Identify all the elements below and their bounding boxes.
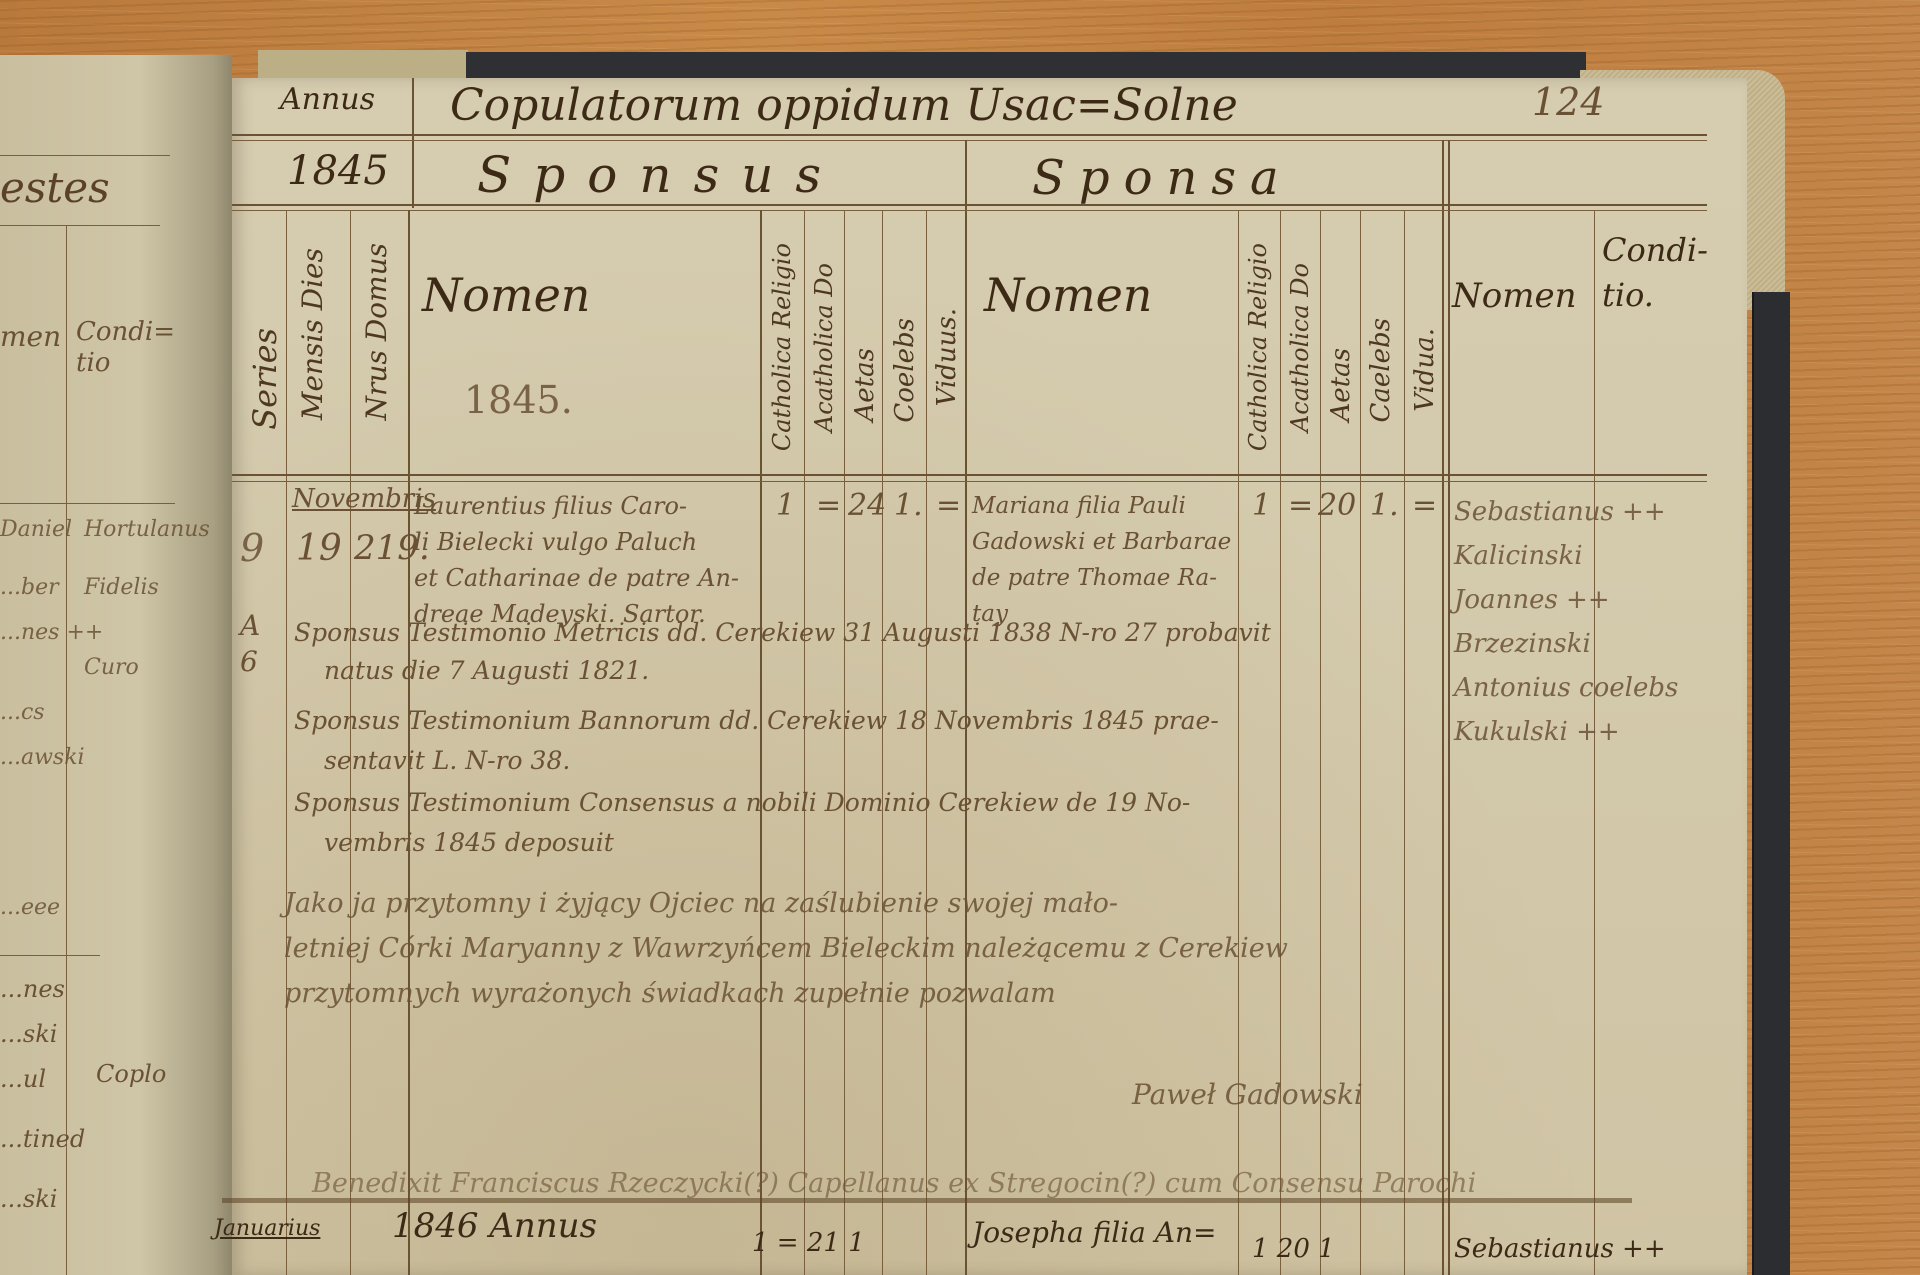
consent-line: Jako ja przytomny i żyjący Ojciec na zaś… — [284, 888, 1118, 919]
note-line: Sponsus Testimonium Consensus a nobili D… — [294, 788, 1190, 817]
sponsa-testes-divider-2 — [1448, 140, 1450, 1275]
testis-line: Antonius coelebs — [1454, 666, 1678, 710]
officiant-note: Benedixit Franciscus Rzeczycki(?) Capell… — [312, 1168, 1476, 1199]
sponsa-catholica: 1 — [1252, 488, 1271, 523]
entries-rule-2 — [232, 481, 1707, 482]
left-col-nomen: men — [0, 320, 61, 353]
signature: Paweł Gadowski — [1132, 1078, 1363, 1111]
left-fragment: Hortulanus — [84, 517, 210, 542]
col-testes-conditio: Condi-tio. — [1602, 228, 1702, 318]
register-title: Copulatorum oppidum Usac=Solne — [450, 80, 1238, 131]
sponsa-acatholica: = — [1288, 488, 1313, 523]
columns-rule-2 — [232, 210, 1707, 211]
register-page: Annus Copulatorum oppidum Usac=Solne 124… — [232, 78, 1747, 1275]
binding-cloth — [258, 50, 468, 80]
sponsa-name: Mariana filia Pauli Gadowski et Barbarae… — [972, 488, 1231, 632]
col-divider — [804, 210, 805, 1275]
left-fragment: ...ul — [0, 1065, 46, 1093]
col-sponsa-nomen: Nomen — [984, 268, 1152, 322]
sponsa-line: Gadowski et Barbarae — [972, 524, 1231, 560]
consent-line: letniej Córki Maryanny z Wawrzyńcem Biel… — [284, 933, 1288, 964]
testes-names: Sebastianus ++ Kalicinski Joannes ++ Brz… — [1454, 490, 1678, 754]
col-divider — [1404, 210, 1405, 1275]
next-testes: Sebastianus ++ — [1454, 1234, 1666, 1264]
sponsus-line: li Bielecki vulgo Paluch — [414, 524, 739, 560]
col-divider — [408, 210, 410, 1275]
left-fragment: Daniel — [0, 517, 72, 542]
entry-series-note: A 6 — [240, 608, 280, 681]
left-fragment: Fidelis — [84, 575, 159, 600]
col-divider — [1320, 210, 1321, 1275]
year: 1845 — [287, 148, 389, 194]
next-sponsus-numbers: 1 = 21 1 — [752, 1228, 865, 1258]
col-sponsus-nomen: Nomen — [422, 268, 590, 322]
left-fragment: Coplo — [96, 1060, 166, 1088]
left-fragment: ...ski — [0, 1185, 57, 1213]
col-divider — [926, 210, 927, 1275]
note-line: Sponsus Testimonium Bannorum dd. Cerekie… — [294, 706, 1219, 735]
col-testes-nomen: Nomen — [1452, 276, 1576, 316]
col-series: Series — [246, 328, 284, 430]
next-sponsa-name: Josepha filia An= — [972, 1216, 1216, 1249]
col-divider — [844, 210, 845, 1275]
sponsus-catholica: 1 — [776, 488, 795, 523]
col-sponsa-vidua: Vidua. — [1410, 328, 1440, 412]
left-fragment: Curo — [84, 655, 139, 680]
testis-line: Kukulski ++ — [1454, 710, 1678, 754]
col-divider — [1280, 210, 1281, 1275]
left-page-facing: estes men Condi= tio Daniel Hortulanus .… — [0, 55, 232, 1275]
sponsa-caelebs: 1. — [1370, 488, 1399, 523]
sponsus-aetas: 24 — [848, 488, 886, 523]
left-fragment: ...ber — [0, 575, 59, 600]
sponsa-vidua: = — [1412, 488, 1437, 523]
annus-label: Annus — [280, 82, 375, 117]
testis-line: Brzezinski — [1454, 622, 1678, 666]
note-line: sentavit L. N-ro 38. — [324, 746, 570, 775]
left-fragment: ...tined — [0, 1125, 85, 1153]
col-sponsa-aetas: Aetas — [1326, 348, 1356, 421]
testis-line: Joannes ++ — [1454, 578, 1678, 622]
left-fragment: ...cs — [0, 700, 45, 725]
left-rule — [0, 955, 100, 956]
left-fragment: ...nes — [0, 975, 65, 1003]
next-sponsa-numbers: 1 20 1 — [1252, 1234, 1335, 1264]
year-note: 1845. — [464, 378, 573, 422]
sponsa-line: Mariana filia Pauli — [972, 488, 1231, 524]
book-cover-right-edge — [1752, 292, 1790, 1275]
col-nrus-domus: Nrus Domus — [360, 243, 393, 420]
next-entry-month: Januarius — [214, 1216, 320, 1241]
left-fragment: ...ski — [0, 1020, 57, 1048]
col-divider — [286, 210, 287, 1275]
testis-line: Kalicinski — [1454, 534, 1678, 578]
entry-series: 9 — [240, 526, 264, 570]
entry-day: 19 — [296, 528, 342, 569]
col-sponsus-coelebs: Coelebs — [890, 318, 920, 423]
sponsus-line: et Catharinae de patre An- — [414, 560, 739, 596]
sponsus-header: Sponsus — [477, 146, 843, 204]
sponsa-header: Sponsa — [1032, 150, 1293, 206]
left-fragment: ...nes ++ — [0, 620, 103, 645]
consent-line: przytomnych wyrażonych świadkach zupełni… — [284, 978, 1056, 1009]
note-line: vembris 1845 deposuit — [324, 828, 614, 857]
left-rule — [0, 225, 160, 226]
left-rule — [0, 503, 175, 504]
sponsa-line: de patre Thomae Ra- — [972, 560, 1231, 596]
col-sponsa-caelebs: Caelebs — [1366, 318, 1396, 422]
col-divider — [350, 210, 351, 1275]
col-divider — [760, 210, 762, 1275]
left-fragment: ...awski — [0, 745, 85, 770]
next-entry-year: 1846 Annus — [392, 1206, 597, 1246]
sponsus-coelebs: 1. — [894, 488, 923, 523]
sponsa-testes-divider — [1442, 140, 1444, 1275]
col-divider — [1238, 210, 1239, 1275]
col-mensis-dies: Mensis Dies — [296, 248, 329, 420]
col-sponsus-aetas: Aetas — [850, 348, 880, 421]
book-cover-top-edge — [466, 52, 1586, 80]
sponsus-acatholica: = — [816, 488, 841, 523]
header-divider — [412, 78, 414, 208]
left-header-fragment: estes — [0, 163, 110, 212]
sponsa-aetas: 20 — [1318, 488, 1356, 523]
col-divider — [882, 210, 883, 1275]
col-sponsus-viduus: Viduus. — [932, 308, 962, 406]
note-line: Sponsus Testimonio Metricis dd. Cerekiew… — [294, 618, 1271, 647]
header-rule-2 — [232, 140, 1707, 141]
col-sponsa-catholica: Catholica Religio — [1244, 243, 1272, 451]
col-sponsus-acatholica: Acatholica Do — [810, 263, 838, 432]
left-fragment: ...eee — [0, 895, 60, 920]
testis-line: Sebastianus ++ — [1454, 490, 1678, 534]
sponsus-line: Laurentius filius Caro- — [414, 488, 739, 524]
col-sponsa-acatholica: Acatholica Do — [1286, 263, 1314, 432]
sponsus-viduus: = — [936, 488, 961, 523]
left-rule — [0, 155, 170, 156]
left-col-conditio: Condi= tio — [76, 317, 156, 379]
col-divider — [1360, 210, 1361, 1275]
col-sponsus-catholica: Catholica Religio — [768, 243, 796, 451]
next-entry-rule — [222, 1198, 1632, 1203]
page-number: 124 — [1532, 80, 1605, 124]
entries-rule — [232, 474, 1707, 476]
header-rule — [232, 134, 1707, 136]
sponsus-name: Laurentius filius Caro- li Bielecki vulg… — [414, 488, 739, 632]
columns-rule — [232, 204, 1707, 206]
note-line: natus die 7 Augusti 1821. — [324, 656, 649, 685]
